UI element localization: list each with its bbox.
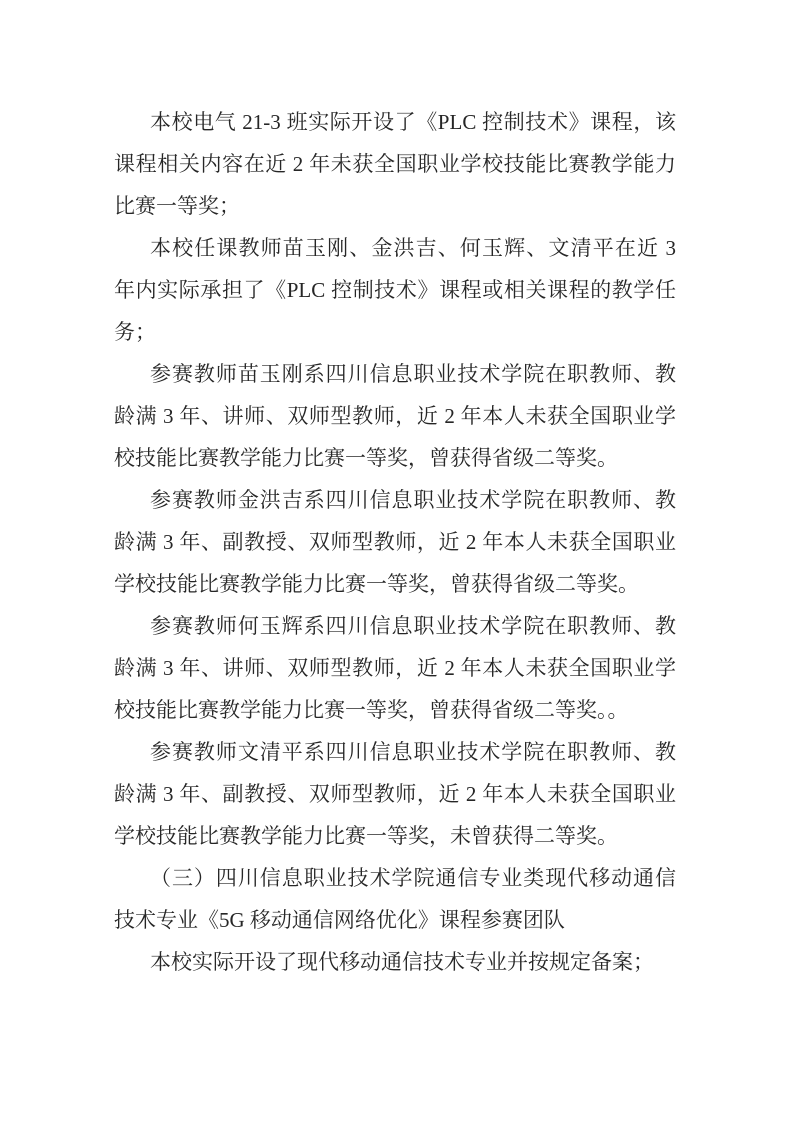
text-line: 学校技能比赛教学能力比赛一等奖，曾获得省级二等奖。 xyxy=(114,563,676,605)
text-line: 本校实际开设了现代移动通信技术专业并按规定备案； xyxy=(114,941,676,983)
paragraph-mobile-major: 本校实际开设了现代移动通信技术专业并按规定备案； xyxy=(114,941,676,983)
paragraph-teachers-duty: 本校任课教师苗玉刚、金洪吉、何玉辉、文清平在近 3 年内实际承担了《PLC 控制… xyxy=(114,227,676,353)
text-line: 课程相关内容在近 2 年未获全国职业学校技能比赛教学能力 xyxy=(114,143,676,185)
text-line: 龄满 3 年、讲师、双师型教师，近 2 年本人未获全国职业学 xyxy=(114,647,676,689)
text-line: 年内实际承担了《PLC 控制技术》课程或相关课程的教学任 xyxy=(114,269,676,311)
text-line: 龄满 3 年、讲师、双师型教师，近 2 年本人未获全国职业学 xyxy=(114,395,676,437)
paragraph-teacher-wenqingping: 参赛教师文清平系四川信息职业技术学院在职教师、教 龄满 3 年、副教授、双师型教… xyxy=(114,731,676,857)
text-line: 本校任课教师苗玉刚、金洪吉、何玉辉、文清平在近 3 xyxy=(114,227,676,269)
text-line: 本校电气 21-3 班实际开设了《PLC 控制技术》课程，该 xyxy=(114,101,676,143)
text-line: 参赛教师苗玉刚系四川信息职业技术学院在职教师、教 xyxy=(114,353,676,395)
text-line: 校技能比赛教学能力比赛一等奖，曾获得省级二等奖。。 xyxy=(114,689,676,731)
text-line: 技术专业《5G 移动通信网络优化》课程参赛团队 xyxy=(114,899,676,941)
text-line: 校技能比赛教学能力比赛一等奖，曾获得省级二等奖。 xyxy=(114,437,676,479)
text-line: 参赛教师金洪吉系四川信息职业技术学院在职教师、教 xyxy=(114,479,676,521)
text-line: 龄满 3 年、副教授、双师型教师，近 2 年本人未获全国职业 xyxy=(114,773,676,815)
text-line: （三）四川信息职业技术学院通信专业类现代移动通信 xyxy=(114,857,676,899)
section-heading-5g-team: （三）四川信息职业技术学院通信专业类现代移动通信 技术专业《5G 移动通信网络优… xyxy=(114,857,676,941)
text-line: 龄满 3 年、副教授、双师型教师，近 2 年本人未获全国职业 xyxy=(114,521,676,563)
paragraph-teacher-heyuhui: 参赛教师何玉辉系四川信息职业技术学院在职教师、教 龄满 3 年、讲师、双师型教师… xyxy=(114,605,676,731)
paragraph-teacher-jinhongji: 参赛教师金洪吉系四川信息职业技术学院在职教师、教 龄满 3 年、副教授、双师型教… xyxy=(114,479,676,605)
paragraph-plc-course: 本校电气 21-3 班实际开设了《PLC 控制技术》课程，该 课程相关内容在近 … xyxy=(114,101,676,227)
document-page: 本校电气 21-3 班实际开设了《PLC 控制技术》课程，该 课程相关内容在近 … xyxy=(0,0,793,1122)
paragraph-teacher-miaoyugang: 参赛教师苗玉刚系四川信息职业技术学院在职教师、教 龄满 3 年、讲师、双师型教师… xyxy=(114,353,676,479)
text-line: 比赛一等奖； xyxy=(114,185,676,227)
text-line: 学校技能比赛教学能力比赛一等奖，未曾获得二等奖。 xyxy=(114,815,676,857)
text-line: 参赛教师文清平系四川信息职业技术学院在职教师、教 xyxy=(114,731,676,773)
document-text-block: 本校电气 21-3 班实际开设了《PLC 控制技术》课程，该 课程相关内容在近 … xyxy=(114,101,676,983)
text-line: 参赛教师何玉辉系四川信息职业技术学院在职教师、教 xyxy=(114,605,676,647)
text-line: 务； xyxy=(114,311,676,353)
